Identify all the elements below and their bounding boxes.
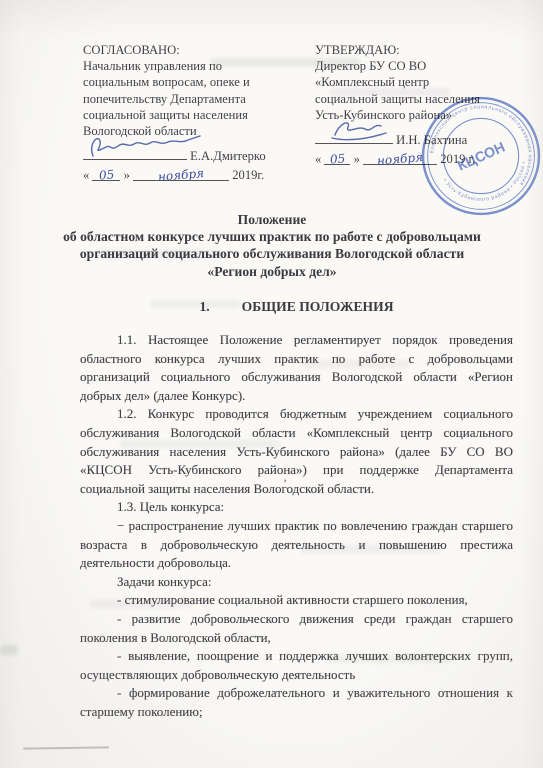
quote-open: « bbox=[83, 168, 89, 182]
paragraph: Задачи конкурса: bbox=[80, 573, 513, 592]
paragraph: 1.3. Цель конкурса: bbox=[80, 498, 513, 517]
section-number: 1. bbox=[199, 299, 209, 314]
approved-line: «Комплексный центр bbox=[315, 74, 537, 90]
document-title: Положение об областном конкурсе лучших п… bbox=[49, 211, 495, 280]
agreed-signature-row: Е.А.Дмитерко bbox=[83, 146, 321, 164]
bleed-through-artifact bbox=[0, 645, 18, 655]
stamp-ring-text-bottom: • Усть-Кубинского района • Россия • bbox=[442, 161, 528, 203]
stamp-center-text: КЦСОН bbox=[455, 139, 507, 174]
signature-scribble-icon bbox=[85, 132, 203, 160]
paragraph: 1.2. Конкурс проводится бюджетным учрежд… bbox=[80, 405, 513, 498]
signature-blank-line bbox=[83, 146, 187, 160]
paragraph: 1.1. Настоящее Положение регламентирует … bbox=[80, 331, 513, 405]
svg-text:• Усть-Кубинского района • Рос: • Усть-Кубинского района • Россия • bbox=[442, 161, 528, 203]
approved-label: УТВЕРЖДАЮ: bbox=[315, 42, 537, 58]
document-body: 1.1. Настоящее Положение регламентирует … bbox=[80, 331, 513, 721]
paragraph: − распространение лучших практик по вовл… bbox=[80, 517, 513, 573]
date-day-blank: 05 bbox=[92, 167, 120, 181]
section-heading: 1.ОБЩИЕ ПОЛОЖЕНИЯ bbox=[80, 299, 513, 315]
agreed-line: социальной защиты населения bbox=[83, 107, 321, 123]
agreed-label: СОГЛАСОВАНО: bbox=[83, 42, 321, 58]
section-heading-text: ОБЩИЕ ПОЛОЖЕНИЯ bbox=[242, 299, 394, 314]
quote-close: » bbox=[354, 152, 360, 166]
signature-scribble-icon bbox=[329, 117, 389, 143]
date-year: 2019г. bbox=[232, 168, 264, 182]
signature-blank-line bbox=[315, 130, 393, 144]
quote-open: « bbox=[315, 152, 321, 166]
agreed-block: СОГЛАСОВАНО: Начальник управления по соц… bbox=[83, 42, 321, 183]
handwritten-day: 05 bbox=[98, 170, 114, 181]
handwritten-month: ноября bbox=[158, 168, 205, 182]
quote-close: » bbox=[124, 168, 130, 182]
agreed-line: Начальник управления по bbox=[83, 58, 321, 74]
handwritten-month: ноября bbox=[377, 152, 424, 166]
document-page: СОГЛАСОВАНО: Начальник управления по соц… bbox=[0, 0, 543, 768]
approved-line: Директор БУ СО ВО bbox=[315, 58, 537, 74]
paragraph: - стимулирование социальной активности с… bbox=[80, 591, 513, 610]
agreed-line: социальным вопросам, опеке и bbox=[83, 74, 321, 90]
title-line: об областном конкурсе лучших практик по … bbox=[49, 228, 495, 245]
agreed-date-row: « 05 » ноября 2019г. bbox=[83, 167, 321, 183]
paragraph: - формирование доброжелательного и уважи… bbox=[80, 684, 513, 721]
paragraph: - выявление, поощрение и поддержка лучши… bbox=[80, 647, 513, 684]
date-day-blank: 05 bbox=[324, 151, 350, 165]
handwritten-day: 05 bbox=[329, 153, 345, 164]
scan-fold-line bbox=[23, 746, 109, 749]
date-month-blank: ноября bbox=[133, 167, 229, 181]
stray-scan-mark: ’ bbox=[283, 476, 287, 491]
paragraph: - развитие добровольческого движения сре… bbox=[80, 610, 513, 647]
official-round-stamp: Комплексный центр социального обслуживан… bbox=[420, 95, 542, 217]
title-line: организаций социального обслуживания Вол… bbox=[49, 245, 495, 262]
agreed-line: попечительству Департамента bbox=[83, 91, 321, 107]
title-line: «Регион добрых дел» bbox=[49, 263, 495, 280]
